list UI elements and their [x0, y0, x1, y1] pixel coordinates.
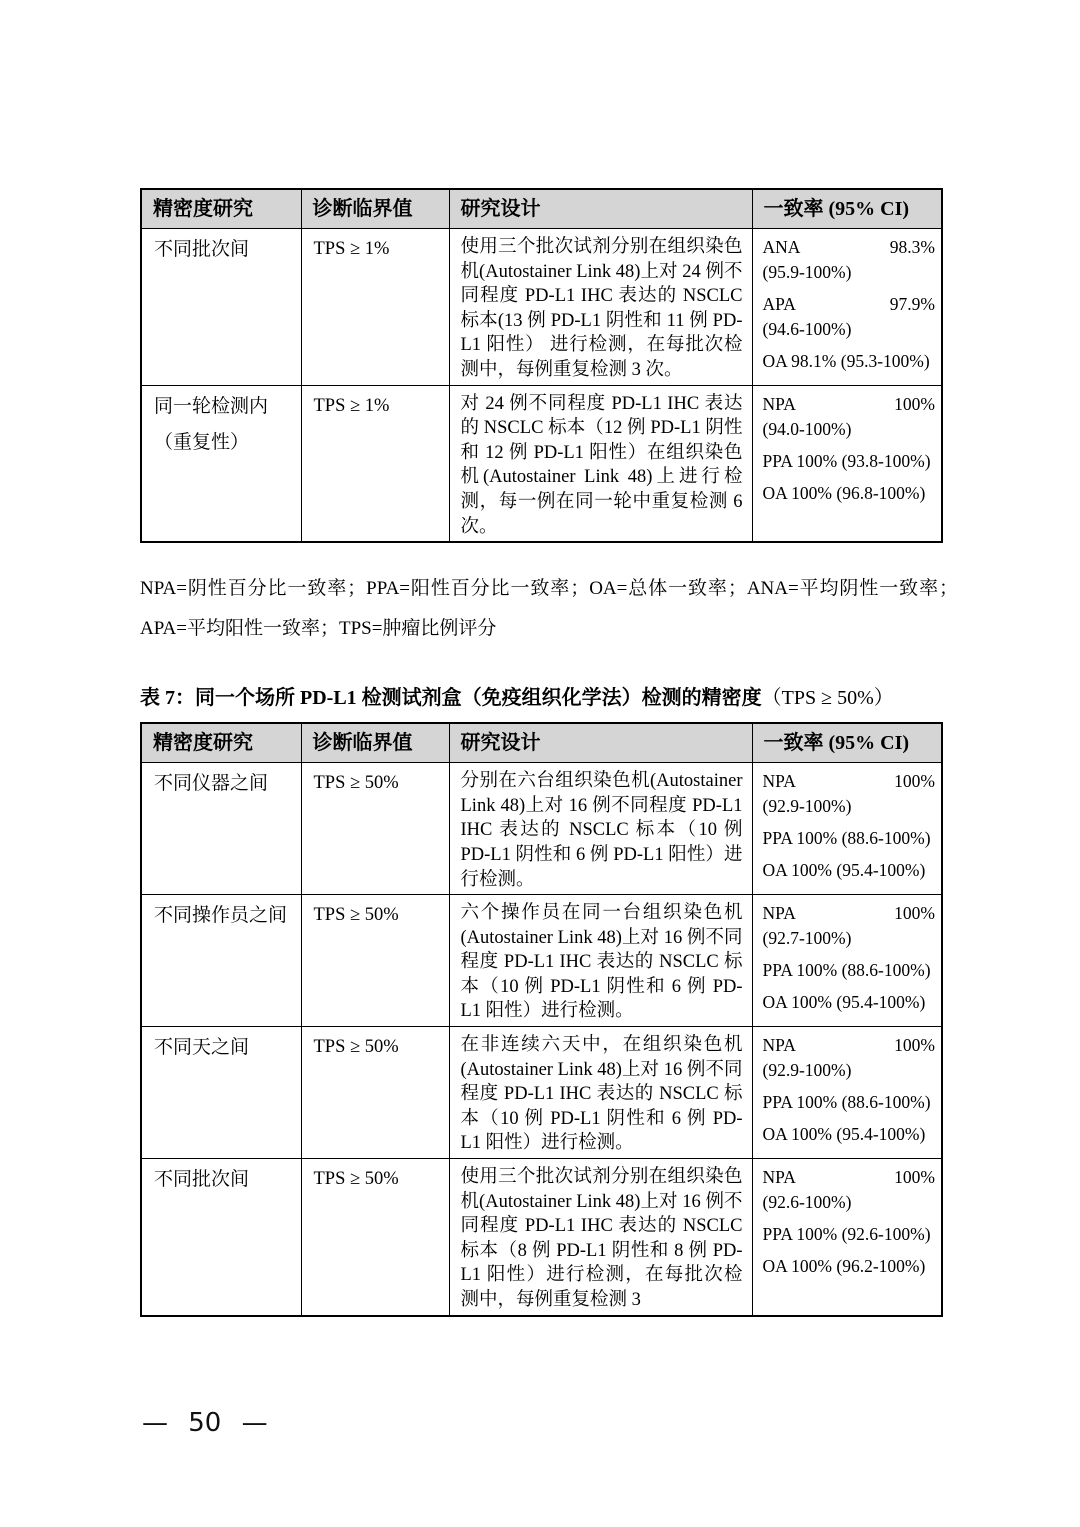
- agreement-label: ANA: [763, 235, 801, 260]
- agreement-cell: NPA100% (92.9-100%) PPA 100% (88.6-100%)…: [752, 1027, 942, 1159]
- agreement-entry: NPA100%: [763, 901, 936, 926]
- precision-study-cell: 不同批次间: [141, 1159, 301, 1316]
- agreement-entry: NPA100%: [763, 1033, 936, 1058]
- cutoff-cell: TPS ≥ 50%: [301, 1159, 449, 1316]
- design-cell: 对 24 例不同程度 PD-L1 IHC 表达的 NSCLC 标本（12 例 P…: [449, 385, 752, 542]
- cutoff-cell: TPS ≥ 50%: [301, 1027, 449, 1159]
- precision-study-cell: 不同批次间: [141, 229, 301, 386]
- agreement-entry: PPA 100% (88.6-100%): [763, 958, 936, 983]
- precision-study-cell: 不同操作员之间: [141, 895, 301, 1027]
- agreement-value: 100%: [894, 769, 935, 794]
- agreement-ci: (94.0-100%): [763, 417, 936, 442]
- agreement-value: 98.3%: [890, 235, 935, 260]
- header-design: 研究设计: [449, 189, 752, 229]
- agreement-label: NPA: [763, 1033, 796, 1058]
- header-agreement: 一致率 (95% CI): [752, 723, 942, 763]
- agreement-entry: OA 100% (96.8-100%): [763, 481, 936, 506]
- precision-table-tps50: 精密度研究 诊断临界值 研究设计 一致率 (95% CI) 不同仪器之间 TPS…: [140, 722, 943, 1316]
- agreement-entry: ANA98.3%: [763, 235, 936, 260]
- header-cutoff: 诊断临界值: [301, 189, 449, 229]
- agreement-label: NPA: [763, 901, 796, 926]
- header-agreement: 一致率 (95% CI): [752, 189, 942, 229]
- precision-study-cell: 不同天之间: [141, 1027, 301, 1159]
- table7-caption: 表 7：同一个场所 PD-L1 检测试剂盒（免疫组织化学法）检测的精密度（TPS…: [140, 683, 941, 713]
- agreement-cell: NPA100% (94.0-100%) PPA 100% (93.8-100%)…: [752, 385, 942, 542]
- agreement-label: NPA: [763, 769, 796, 794]
- abbreviation-footnote: NPA=阴性百分比一致率；PPA=阳性百分比一致率；OA=总体一致率；ANA=平…: [140, 569, 958, 649]
- agreement-entry: OA 98.1% (95.3-100%): [763, 349, 936, 374]
- agreement-entry: OA 100% (95.4-100%): [763, 990, 936, 1015]
- agreement-value: 100%: [894, 1165, 935, 1190]
- agreement-entry: NPA100%: [763, 392, 936, 417]
- design-cell: 分别在六台组织染色机(Autostainer Link 48)上对 16 例不同…: [449, 763, 752, 895]
- table-row: 不同天之间 TPS ≥ 50% 在非连续六天中，在组织染色机(Autostain…: [141, 1027, 942, 1159]
- agreement-cell: ANA98.3% (95.9-100%) APA97.9% (94.6-100%…: [752, 229, 942, 386]
- agreement-cell: NPA100% (92.7-100%) PPA 100% (88.6-100%)…: [752, 895, 942, 1027]
- table7-caption-title: 表 7：同一个场所 PD-L1 检测试剂盒（免疫组织化学法）检测的精密度: [140, 687, 762, 709]
- agreement-value: 100%: [894, 392, 935, 417]
- design-cell: 使用三个批次试剂分别在组织染色机(Autostainer Link 48)上对 …: [449, 229, 752, 386]
- agreement-value: 97.9%: [890, 292, 935, 317]
- cutoff-cell: TPS ≥ 1%: [301, 229, 449, 386]
- agreement-ci: (94.6-100%): [763, 317, 936, 342]
- agreement-entry: NPA100%: [763, 1165, 936, 1190]
- agreement-entry: PPA 100% (88.6-100%): [763, 1090, 936, 1115]
- agreement-cell: NPA100% (92.9-100%) PPA 100% (88.6-100%)…: [752, 763, 942, 895]
- agreement-label: NPA: [763, 392, 796, 417]
- precision-table-tps1: 精密度研究 诊断临界值 研究设计 一致率 (95% CI) 不同批次间 TPS …: [140, 188, 943, 543]
- table-header-row: 精密度研究 诊断临界值 研究设计 一致率 (95% CI): [141, 189, 942, 229]
- design-cell: 六个操作员在同一台组织染色机(Autostainer Link 48)上对 16…: [449, 895, 752, 1027]
- header-design: 研究设计: [449, 723, 752, 763]
- agreement-label: APA: [763, 292, 796, 317]
- document-content: 精密度研究 诊断临界值 研究设计 一致率 (95% CI) 不同批次间 TPS …: [140, 188, 941, 1317]
- precision-study-cell: 不同仪器之间: [141, 763, 301, 895]
- agreement-value: 100%: [894, 901, 935, 926]
- header-cutoff: 诊断临界值: [301, 723, 449, 763]
- table-row: 不同仪器之间 TPS ≥ 50% 分别在六台组织染色机(Autostainer …: [141, 763, 942, 895]
- agreement-entry: APA97.9%: [763, 292, 936, 317]
- cutoff-cell: TPS ≥ 1%: [301, 385, 449, 542]
- design-cell: 在非连续六天中，在组织染色机(Autostainer Link 48)上对 16…: [449, 1027, 752, 1159]
- agreement-value: 100%: [894, 1033, 935, 1058]
- table-header-row: 精密度研究 诊断临界值 研究设计 一致率 (95% CI): [141, 723, 942, 763]
- agreement-ci: (92.7-100%): [763, 926, 936, 951]
- agreement-cell: NPA100% (92.6-100%) PPA 100% (92.6-100%)…: [752, 1159, 942, 1316]
- agreement-label: NPA: [763, 1165, 796, 1190]
- agreement-ci: (92.9-100%): [763, 1058, 936, 1083]
- table-row: 不同操作员之间 TPS ≥ 50% 六个操作员在同一台组织染色机(Autosta…: [141, 895, 942, 1027]
- header-precision-study: 精密度研究: [141, 189, 301, 229]
- agreement-entry: OA 100% (95.4-100%): [763, 1122, 936, 1147]
- precision-study-cell: 同一轮检测内 （重复性）: [141, 385, 301, 542]
- design-cell: 使用三个批次试剂分别在组织染色机(Autostainer Link 48)上对 …: [449, 1159, 752, 1316]
- page-number: — 50 —: [142, 1408, 268, 1438]
- table-row: 同一轮检测内 （重复性） TPS ≥ 1% 对 24 例不同程度 PD-L1 I…: [141, 385, 942, 542]
- agreement-entry: NPA100%: [763, 769, 936, 794]
- cutoff-cell: TPS ≥ 50%: [301, 895, 449, 1027]
- agreement-ci: (92.6-100%): [763, 1190, 936, 1215]
- cutoff-cell: TPS ≥ 50%: [301, 763, 449, 895]
- header-precision-study: 精密度研究: [141, 723, 301, 763]
- agreement-ci: (92.9-100%): [763, 794, 936, 819]
- agreement-entry: OA 100% (95.4-100%): [763, 858, 936, 883]
- agreement-entry: PPA 100% (93.8-100%): [763, 449, 936, 474]
- agreement-entry: OA 100% (96.2-100%): [763, 1254, 936, 1279]
- table-row: 不同批次间 TPS ≥ 50% 使用三个批次试剂分别在组织染色机(Autosta…: [141, 1159, 942, 1316]
- agreement-ci: (95.9-100%): [763, 260, 936, 285]
- agreement-entry: PPA 100% (88.6-100%): [763, 826, 936, 851]
- table7-caption-cutoff: （TPS ≥ 50%）: [762, 687, 894, 709]
- agreement-entry: PPA 100% (92.6-100%): [763, 1222, 936, 1247]
- document-page: 精密度研究 诊断临界值 研究设计 一致率 (95% CI) 不同批次间 TPS …: [0, 0, 1080, 1527]
- table-row: 不同批次间 TPS ≥ 1% 使用三个批次试剂分别在组织染色机(Autostai…: [141, 229, 942, 386]
